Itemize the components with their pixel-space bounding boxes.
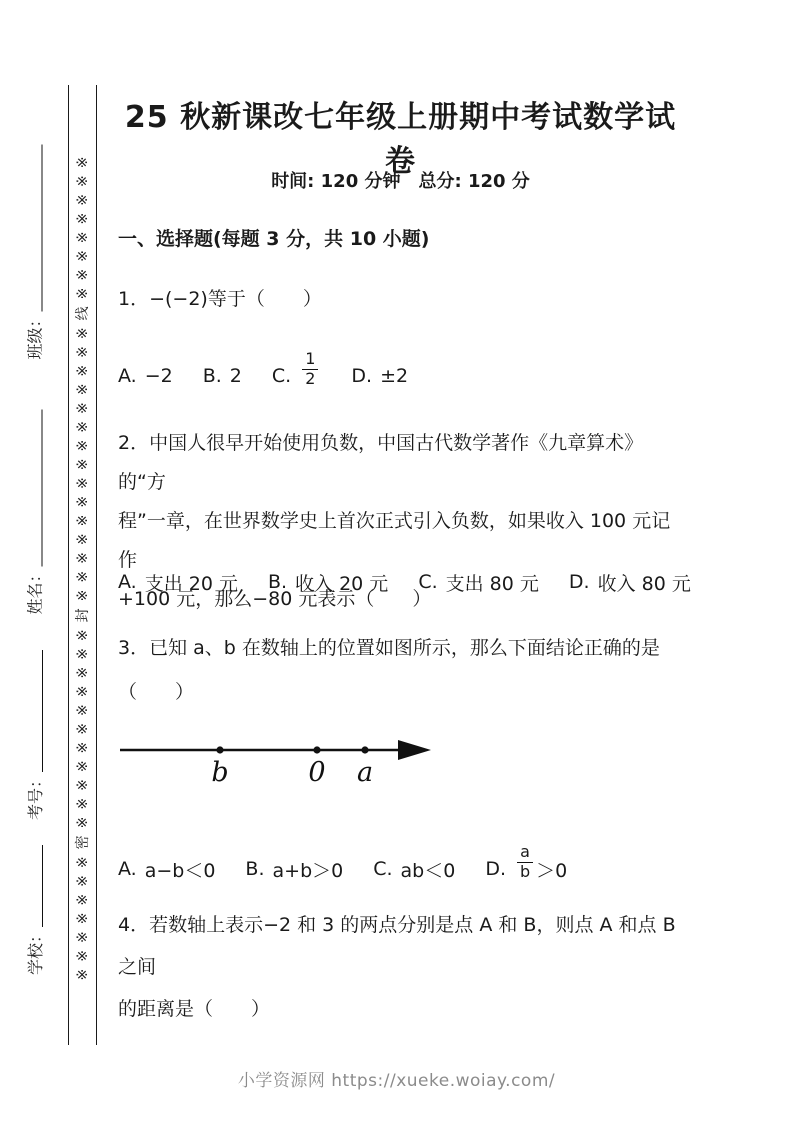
exam-paper-page: 班级： 姓名： 考号： 学校： ※※※※※※※密※※※※※※※※※※※封※※※※… (0, 0, 793, 1122)
option-3d-label: D. (485, 858, 506, 880)
option-3b-text: a+b＞0 (273, 856, 344, 883)
option-1a: A. −2 (118, 365, 173, 387)
fraction-numerator: 1 (302, 350, 318, 368)
number-line-figure: b 0 a (118, 730, 683, 796)
field-name-blank-line (42, 410, 43, 567)
point-a-label: a (357, 757, 373, 788)
question-2-line-1: 2．中国人很早开始使用负数，中国古代数学著作《九章算术》的“方 (118, 424, 683, 502)
question-1-text: 1．−(−2)等于（ ） (118, 280, 683, 319)
option-3c-text: ab＜0 (401, 856, 456, 883)
field-class: 班级： (20, 145, 46, 360)
fraction-denominator: 2 (302, 369, 318, 388)
option-2b-text: 收入 20 元 (295, 569, 388, 596)
option-3a-label: A. (118, 858, 137, 880)
field-school-label: 学校： (23, 927, 46, 975)
option-1b: B. 2 (203, 365, 242, 387)
option-1a-text: −2 (145, 365, 173, 387)
site-footer: 小学资源网 https://xueke.woiay.com/ (0, 1066, 793, 1091)
point-zero-label: 0 (308, 757, 325, 788)
question-2-options: A. 支出 20 元 B. 收入 20 元 C. 支出 80 元 D. 收入 8… (118, 566, 683, 598)
option-2b: B. 收入 20 元 (268, 569, 388, 596)
question-3-line-2: （ ） (118, 670, 683, 714)
option-2c: C. 支出 80 元 (418, 569, 539, 596)
option-3a-text: a−b＜0 (145, 856, 216, 883)
field-school-blank-line (42, 845, 43, 927)
question-4-line-2: 的距离是（ ） (118, 988, 683, 1030)
option-1c: C. 1 2 (272, 357, 322, 395)
option-3c-label: C. (373, 858, 392, 880)
option-1d: D. ±2 (351, 365, 408, 387)
field-exam-number-label: 考号： (23, 772, 46, 820)
option-2d: D. 收入 80 元 (569, 569, 691, 596)
field-name-label: 姓名： (23, 566, 46, 614)
option-3c: C. ab＜0 (373, 856, 455, 883)
number-line-svg: b 0 a (118, 730, 448, 794)
option-2b-label: B. (268, 571, 287, 593)
question-1-options: A. −2 B. 2 C. 1 2 D. ±2 (118, 356, 683, 396)
option-3b: B. a+b＞0 (245, 856, 343, 883)
option-3d: D. a b ＞0 (485, 850, 567, 888)
option-2a-text: 支出 20 元 (145, 569, 238, 596)
option-3d-suffix: ＞0 (536, 856, 567, 883)
option-3d-fraction: a b (517, 843, 533, 881)
field-exam-number: 考号： (20, 650, 46, 820)
option-2d-text: 收入 80 元 (598, 569, 691, 596)
fraction-denominator: b (517, 862, 533, 881)
question-4-line-1: 4．若数轴上表示−2 和 3 的两点分别是点 A 和 B，则点 A 和点 B 之… (118, 904, 683, 988)
field-name: 姓名： (20, 410, 46, 615)
point-zero-dot (313, 746, 320, 753)
field-exam-number-blank-line (42, 650, 43, 772)
option-1d-text: ±2 (380, 365, 408, 387)
point-b-label: b (211, 757, 228, 788)
option-2c-text: 支出 80 元 (446, 569, 539, 596)
question-4-text: 4．若数轴上表示−2 和 3 的两点分别是点 A 和 B，则点 A 和点 B 之… (118, 904, 683, 1030)
option-3b-label: B. (245, 858, 264, 880)
option-1b-text: 2 (230, 365, 242, 387)
field-class-blank-line (42, 145, 43, 312)
option-2a-label: A. (118, 571, 137, 593)
option-1b-label: B. (203, 365, 222, 387)
number-line-arrowhead-icon (398, 740, 431, 760)
point-b-dot (216, 746, 223, 753)
option-2d-label: D. (569, 571, 590, 593)
question-3-line-1: 3．已知 a、b 在数轴上的位置如图所示，那么下面结论正确的是 (118, 626, 683, 670)
option-2c-label: C. (418, 571, 437, 593)
question-3-text: 3．已知 a、b 在数轴上的位置如图所示，那么下面结论正确的是 （ ） (118, 626, 683, 714)
field-school: 学校： (20, 845, 46, 975)
seal-line-text: ※※※※※※※密※※※※※※※※※※※封※※※※※※※※※※※※※※※线※※※※… (68, 85, 98, 1045)
question-3-options: A. a−b＜0 B. a+b＞0 C. ab＜0 D. a b ＞0 (118, 850, 683, 888)
option-1c-label: C. (272, 365, 291, 387)
option-1c-fraction: 1 2 (302, 350, 318, 388)
fraction-numerator: a (517, 843, 533, 861)
option-3a: A. a−b＜0 (118, 856, 215, 883)
field-class-label: 班级： (23, 311, 46, 359)
option-2a: A. 支出 20 元 (118, 569, 238, 596)
section-heading: 一、选择题(每题 3 分，共 10 小题) (118, 224, 683, 251)
option-1d-label: D. (351, 365, 372, 387)
point-a-dot (361, 746, 368, 753)
option-1a-label: A. (118, 365, 137, 387)
exam-meta: 时间: 120 分钟 总分: 120 分 (118, 167, 683, 193)
